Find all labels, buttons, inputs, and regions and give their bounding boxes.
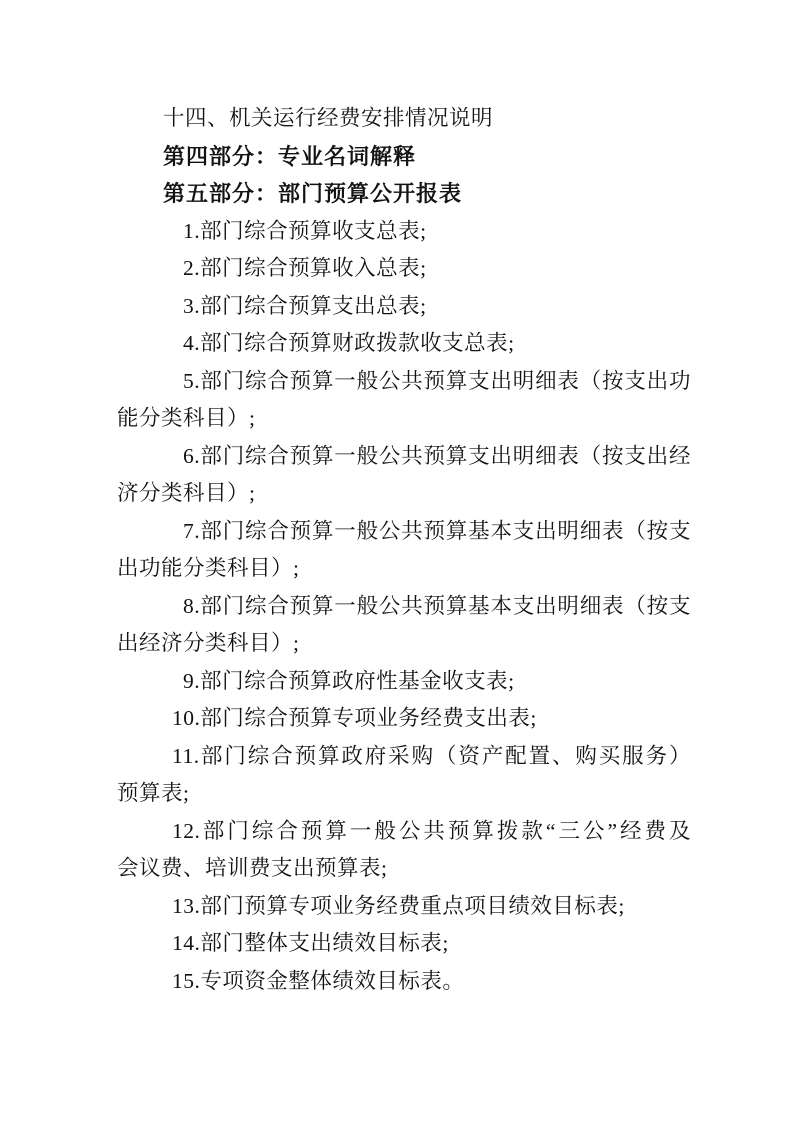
- section-heading-line: 第四部分：专业名词解释: [117, 138, 691, 176]
- list-item-line: 预算表;: [117, 775, 691, 813]
- document-page: { "colors": { "background": "#ffffff", "…: [0, 0, 793, 1122]
- list-item-line: 4.部门综合预算财政拨款收支总表;: [117, 325, 691, 363]
- list-item-line: 会议费、培训费支出预算表;: [117, 850, 691, 888]
- section-heading-line: 第五部分：部门预算公开报表: [117, 175, 691, 213]
- list-item-line: 9.部门综合预算政府性基金收支表;: [117, 663, 691, 701]
- list-item-line: 12.部门综合预算一般公共预算拨款“三公”经费及: [117, 813, 691, 851]
- paragraph-line: 十四、机关运行经费安排情况说明: [117, 100, 691, 138]
- list-item-line: 1.部门综合预算收支总表;: [117, 213, 691, 251]
- list-item-line: 15.专项资金整体绩效目标表。: [117, 963, 691, 1001]
- list-item-line: 出功能分类科目）;: [117, 550, 691, 588]
- list-item-line: 14.部门整体支出绩效目标表;: [117, 925, 691, 963]
- document-body: 十四、机关运行经费安排情况说明第四部分：专业名词解释第五部分：部门预算公开报表1…: [117, 100, 691, 1000]
- list-item-line: 能分类科目）;: [117, 400, 691, 438]
- list-item-line: 10.部门综合预算专项业务经费支出表;: [117, 700, 691, 738]
- list-item-line: 济分类科目）;: [117, 475, 691, 513]
- list-item-line: 11.部门综合预算政府采购（资产配置、购买服务）: [117, 738, 691, 776]
- list-item-line: 5.部门综合预算一般公共预算支出明细表（按支出功: [117, 363, 691, 401]
- list-item-line: 2.部门综合预算收入总表;: [117, 250, 691, 288]
- list-item-line: 出经济分类科目）;: [117, 625, 691, 663]
- list-item-line: 8.部门综合预算一般公共预算基本支出明细表（按支: [117, 588, 691, 626]
- list-item-line: 7.部门综合预算一般公共预算基本支出明细表（按支: [117, 513, 691, 551]
- list-item-line: 13.部门预算专项业务经费重点项目绩效目标表;: [117, 888, 691, 926]
- list-item-line: 6.部门综合预算一般公共预算支出明细表（按支出经: [117, 438, 691, 476]
- list-item-line: 3.部门综合预算支出总表;: [117, 288, 691, 326]
